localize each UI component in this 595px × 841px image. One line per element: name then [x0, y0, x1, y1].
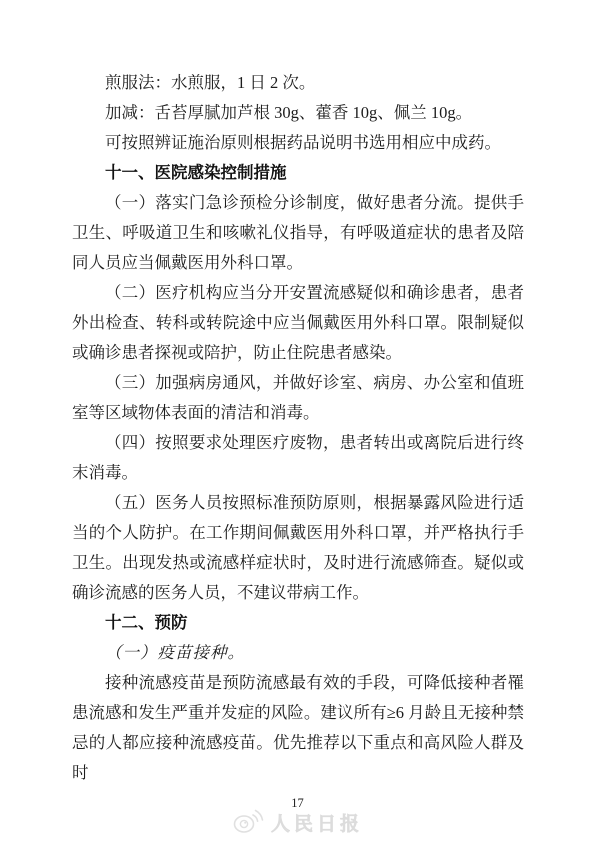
- page-number: 17: [0, 796, 595, 811]
- paragraph: 可按照辨证施治原则根据药品说明书选用相应中成药。: [72, 128, 524, 158]
- paragraph: （五）医务人员按照标准预防原则，根据暴露风险进行适当的个人防护。在工作期间佩戴医…: [72, 488, 524, 608]
- paragraph: （一）落实门急诊预检分诊制度，做好患者分流。提供手卫生、呼吸道卫生和咳嗽礼仪指导…: [72, 188, 524, 278]
- section-heading: 十二、预防: [72, 608, 524, 638]
- paragraph: （二）医疗机构应当分开安置流感疑似和确诊患者，患者外出检查、转科或转院途中应当佩…: [72, 278, 524, 368]
- document-body: 煎服法：水煎服，1 日 2 次。加减：舌苔厚腻加芦根 30g、藿香 10g、佩兰…: [72, 68, 524, 788]
- kaiti-paragraph: （一）疫苗接种。: [72, 638, 524, 668]
- document-page: 煎服法：水煎服，1 日 2 次。加减：舌苔厚腻加芦根 30g、藿香 10g、佩兰…: [0, 0, 595, 841]
- section-heading: 十一、医院感染控制措施: [72, 158, 524, 188]
- paragraph: （三）加强病房通风，并做好诊室、病房、办公室和值班室等区域物体表面的清洁和消毒。: [72, 368, 524, 428]
- paragraph: （四）按照要求处理医疗废物，患者转出或离院后进行终末消毒。: [72, 428, 524, 488]
- paragraph: 加减：舌苔厚腻加芦根 30g、藿香 10g、佩兰 10g。: [72, 98, 524, 128]
- watermark-text: 人民日报: [271, 809, 363, 836]
- paragraph: 接种流感疫苗是预防流感最有效的手段，可降低接种者罹患流感和发生严重并发症的风险。…: [72, 668, 524, 788]
- paragraph: 煎服法：水煎服，1 日 2 次。: [72, 68, 524, 98]
